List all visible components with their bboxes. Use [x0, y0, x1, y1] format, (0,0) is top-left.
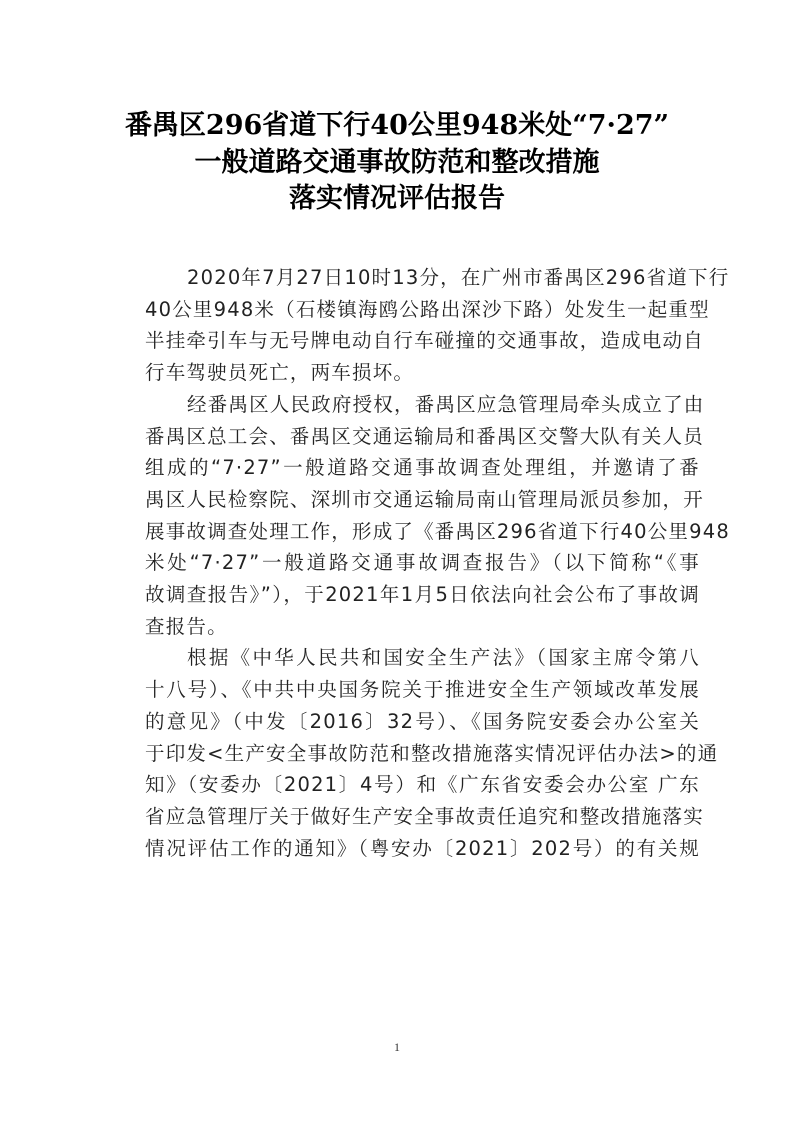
text-line: 省应急管理厅关于做好生产安全事故责任追究和整改措施落实 — [106, 801, 700, 833]
document-title-line-1: 番禺区296省道下行40公里948米处“7·27” — [0, 108, 794, 144]
document-title-line-2: 一般道路交通事故防范和整改措施 — [0, 145, 794, 181]
text-line: 半挂牵引车与无号牌电动自行车碰撞的交通事故，造成电动自 — [106, 325, 700, 357]
paragraph-accident-summary: 2020年7月27日10时13分，在广州市番禺区296省道下行 40公里948米… — [106, 262, 700, 389]
text-line: 番禺区总工会、番禺区交通运输局和番禺区交警大队有关人员 — [106, 421, 700, 453]
text-line: 故调查报告》”），于2021年1月5日依法向社会公布了事故调 — [106, 579, 700, 611]
text-line: 根据《中华人民共和国安全生产法》（国家主席令第八 — [106, 642, 700, 674]
text-line: 40公里948米（石楼镇海鸥公路出深沙下路）处发生一起重型 — [106, 294, 700, 326]
document-title-line-3: 落实情况评估报告 — [0, 181, 794, 217]
text-line: 十八号）、《中共中央国务院关于推进安全生产领域改革发展 — [106, 674, 700, 706]
text-line: 经番禺区人民政府授权，番禺区应急管理局牵头成立了由 — [106, 389, 700, 421]
text-line: 知》（安委办〔2021〕4号）和《广东省安委会办公室 广东 — [106, 769, 700, 801]
text-line: 2020年7月27日10时13分，在广州市番禺区296省道下行 — [106, 262, 700, 294]
paragraph-legal-basis: 根据《中华人民共和国安全生产法》（国家主席令第八 十八号）、《中共中央国务院关于… — [106, 642, 700, 864]
text-line: 组成的“7·27”一般道路交通事故调查处理组，并邀请了番 — [106, 452, 700, 484]
text-line: 展事故调查处理工作，形成了《番禺区296省道下行40公里948 — [106, 516, 700, 548]
text-line: 行车驾驶员死亡，两车损坏。 — [106, 357, 700, 389]
page-number: 1 — [0, 1040, 794, 1055]
text-line: 查报告。 — [106, 611, 700, 643]
document-body: 2020年7月27日10时13分，在广州市番禺区296省道下行 40公里948米… — [106, 262, 700, 864]
text-line: 于印发<生产安全事故防范和整改措施落实情况评估办法>的通 — [106, 738, 700, 770]
text-line: 禺区人民检察院、深圳市交通运输局南山管理局派员参加，开 — [106, 484, 700, 516]
text-line: 情况评估工作的通知》（粤安办〔2021〕202号）的有关规 — [106, 833, 700, 865]
text-line: 米处“7·27”一般道路交通事故调查报告》（以下简称“《事 — [106, 547, 700, 579]
paragraph-investigation: 经番禺区人民政府授权，番禺区应急管理局牵头成立了由 番禺区总工会、番禺区交通运输… — [106, 389, 700, 643]
text-line: 的意见》（中发〔2016〕32号）、《国务院安委会办公室关 — [106, 706, 700, 738]
